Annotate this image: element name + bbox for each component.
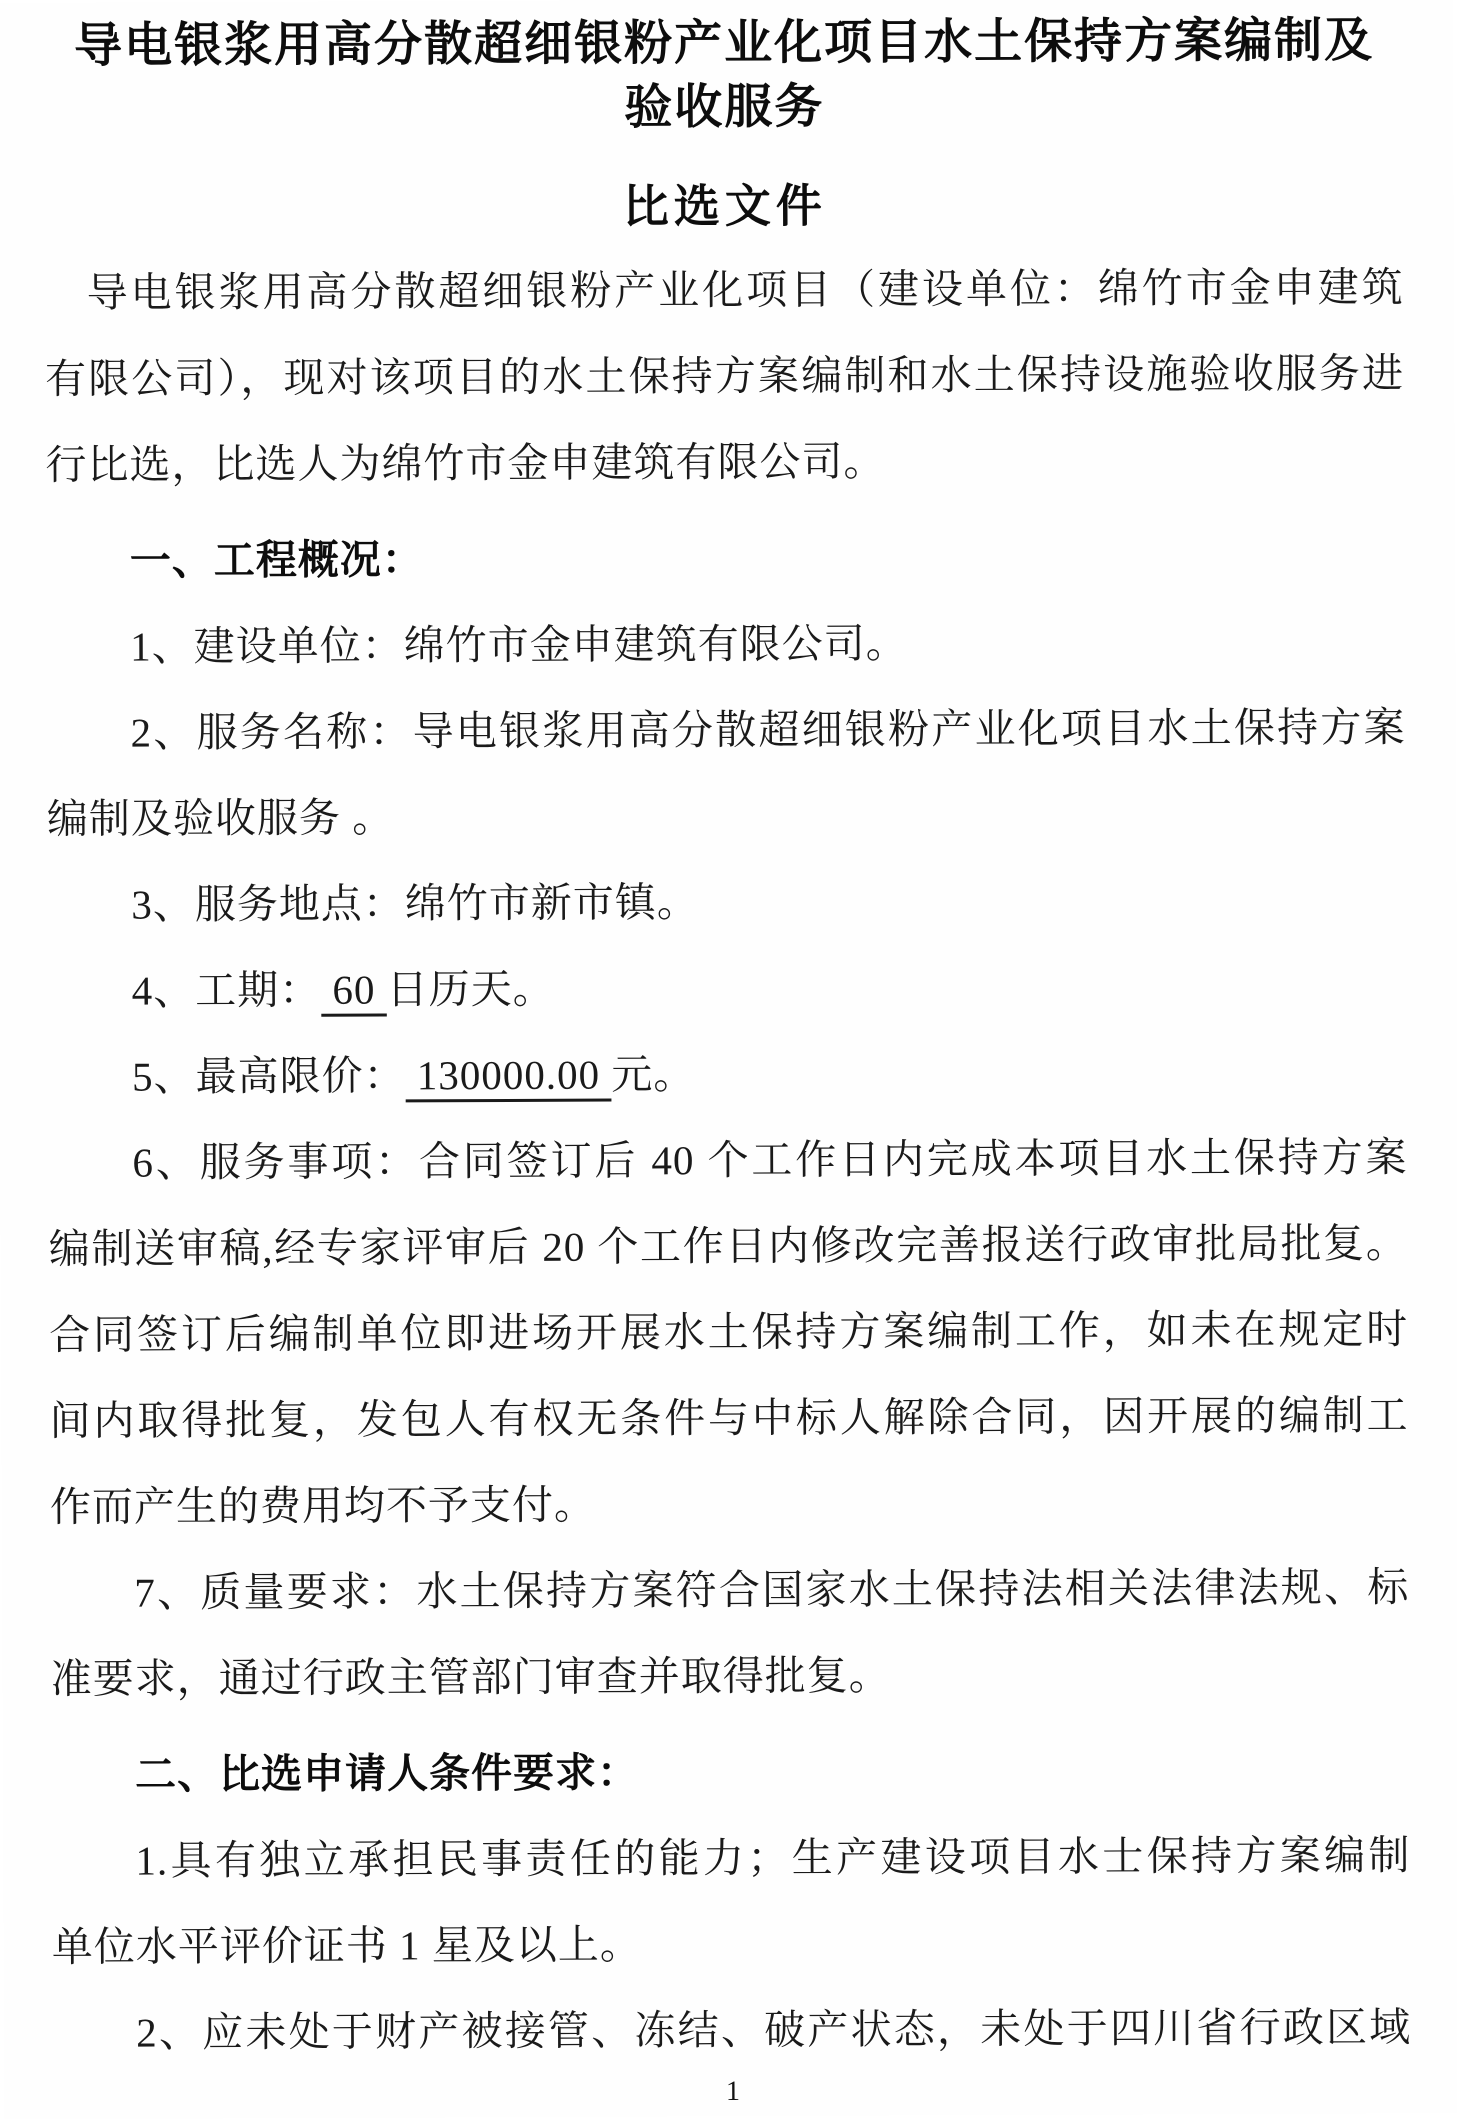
item-service-name-line: 2、服务名称：导电银浆用高分散超细银粉产业化项目水土保持方案 — [46, 684, 1405, 776]
document-title-line-2: 验收服务 — [0, 73, 1453, 143]
max-price-suffix: 元。 — [611, 1051, 695, 1097]
item-service-matters-line: 作而产生的费用均不予支付。 — [50, 1458, 1409, 1550]
document-title-line-1: 导电银浆用高分散超细银粉产业化项目水土保持方案编制及 — [0, 9, 1453, 79]
section2-heading: 二、比选申请人条件要求： — [51, 1726, 1410, 1818]
duration-label: 4、工期： — [132, 967, 322, 1014]
duration-value: 60 — [321, 966, 387, 1012]
applicant-condition-line: 1.具有独立承担民事责任的能力；生产建设项目水士保持方案编制 — [51, 1812, 1410, 1904]
section1-heading: 一、工程概况： — [46, 512, 1405, 604]
document-type-heading: 比选文件 — [0, 179, 1453, 235]
page-number: 1 — [4, 2073, 1457, 2111]
item-quality-requirement-line: 7、质量要求：水土保持方案符合国家水土保持法相关法律法规、标 — [50, 1544, 1409, 1636]
item-max-price: 5、最高限价： 130000.00 元。 — [48, 1028, 1407, 1120]
item-construction-unit: 1、建设单位：绵竹市金申建筑有限公司。 — [46, 598, 1405, 690]
intro-line: 导电银浆用高分散超细银粉产业化项目（建设单位：绵竹市金申建筑 — [44, 244, 1403, 336]
applicant-condition-line: 单位水平评价证书 1 星及以上。 — [52, 1898, 1411, 1990]
max-price-label: 5、最高限价： — [132, 1052, 406, 1099]
item-quality-requirement-line: 准要求，通过行政主管部门审查并取得批复。 — [51, 1630, 1410, 1722]
document-body: 导电银浆用高分散超细银粉产业化项目（建设单位：绵竹市金申建筑 有限公司），现对该… — [44, 244, 1411, 2076]
item-service-matters-line: 间内取得批复，发包人有权无条件与中标人解除合同，因开展的编制工 — [49, 1372, 1408, 1464]
item-service-matters-line: 合同签订后编制单位即进场开展水土保持方案编制工作，如未在规定时 — [49, 1286, 1408, 1378]
item-service-matters-line: 6、服务事项：合同签订后 40 个工作日内完成本项目水土保持方案 — [48, 1114, 1407, 1206]
max-price-value: 130000.00 — [405, 1052, 611, 1099]
item-service-name-line: 编制及验收服务 。 — [47, 770, 1406, 862]
applicant-condition-line: 2、应未处于财产被接管、冻结、破产状态，未处于四川省行政区域 — [52, 1984, 1411, 2076]
item-service-matters-line: 编制送审稿,经专家评审后 20 个工作日内修改完善报送行政审批局批复。 — [49, 1200, 1408, 1292]
item-duration: 4、工期： 60 日历天。 — [48, 942, 1407, 1034]
document-title: 导电银浆用高分散超细银粉产业化项目水土保持方案编制及 验收服务 — [0, 9, 1453, 143]
item-service-location: 3、服务地点：绵竹市新市镇。 — [47, 856, 1406, 948]
duration-suffix: 日历天。 — [387, 966, 555, 1013]
scanned-document-page: 导电银浆用高分散超细银粉产业化项目水土保持方案编制及 验收服务 比选文件 导电银… — [0, 0, 1457, 2119]
intro-line: 有限公司），现对该项目的水土保持方案编制和水土保持设施验收服务进 — [45, 330, 1404, 422]
intro-line: 行比选，比选人为绵竹市金申建筑有限公司。 — [45, 416, 1404, 508]
